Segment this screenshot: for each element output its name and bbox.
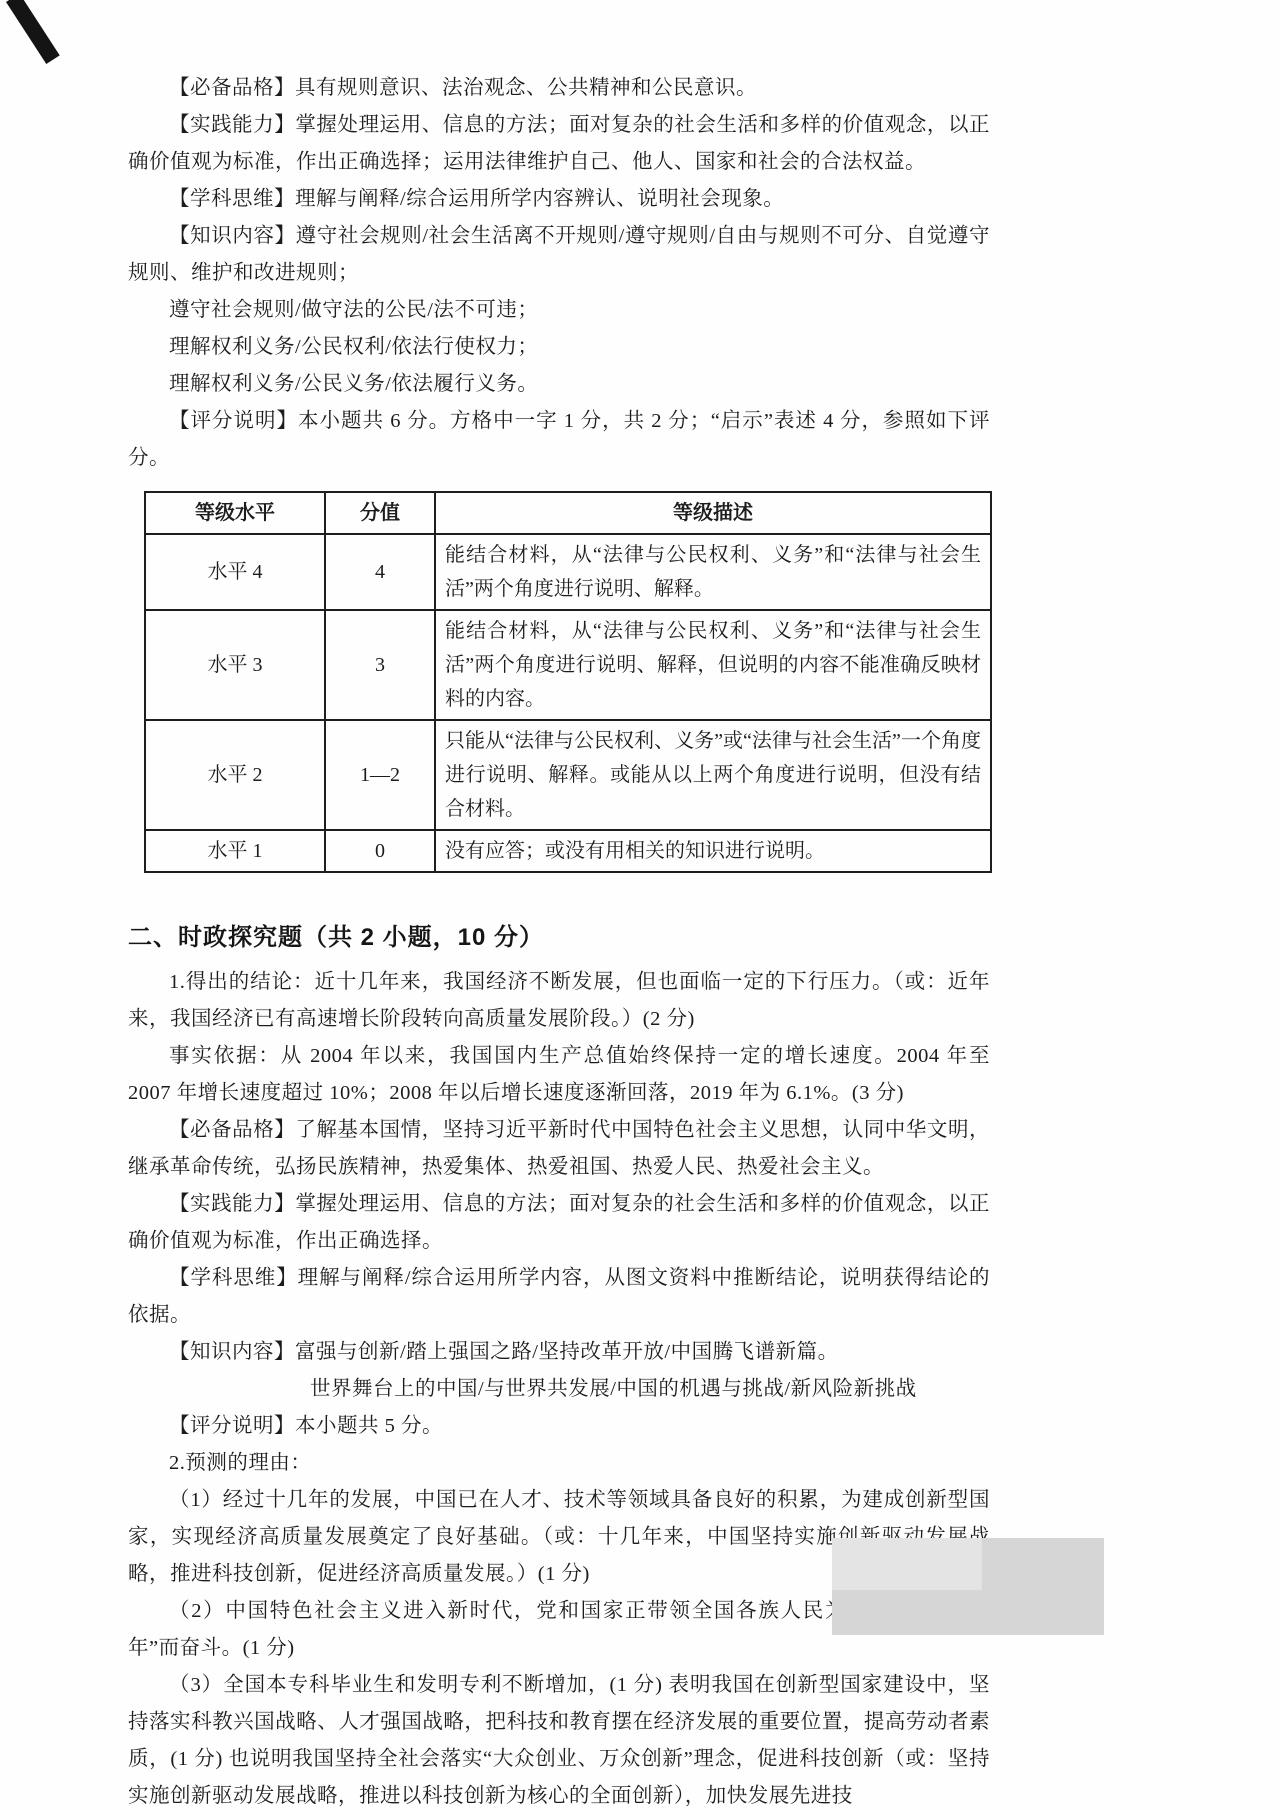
paragraph-practical-ability-2: 【实践能力】掌握处理运用、信息的方法；面对复杂的社会生活和多样的价值观念，以正确…: [128, 1186, 990, 1260]
table-row-level-1: 水平 1 0 没有应答；或没有用相关的知识进行说明。: [145, 830, 991, 872]
paragraph-practical-ability: 【实践能力】掌握处理运用、信息的方法；面对复杂的社会生活和多样的价值观念，以正确…: [128, 107, 990, 181]
paragraph-knowledge-line-3: 理解权利义务/公民权利/依法行使权力；: [128, 329, 990, 366]
paragraph-required-character: 【必备品格】具有规则意识、法治观念、公共精神和公民意识。: [128, 70, 990, 107]
cell-level: 水平 3: [145, 610, 325, 720]
paragraph-knowledge-content-2-line-2: 世界舞台上的中国/与世界共发展/中国的机遇与挑战/新风险新挑战: [128, 1371, 990, 1408]
paragraph-knowledge-line-2: 遵守社会规则/做守法的公民/法不可违；: [128, 292, 990, 329]
paragraph-factual-basis: 事实依据：从 2004 年以来，我国国内生产总值始终保持一定的增长速度。2004…: [128, 1038, 990, 1112]
paragraph-knowledge-content-2: 【知识内容】富强与创新/踏上强国之路/坚持改革开放/中国腾飞谱新篇。: [128, 1334, 990, 1371]
paragraph-reason-3: （3）全国本专科毕业生和发明专利不断增加，(1 分) 表明我国在创新型国家建设中…: [128, 1667, 990, 1810]
cell-score: 3: [325, 610, 435, 720]
table-header-score: 分值: [325, 492, 435, 534]
cell-score: 0: [325, 830, 435, 872]
section-heading-current-politics: 二、时政探究题（共 2 小题，10 分）: [128, 917, 990, 952]
cell-description: 能结合材料，从“法律与公民权利、义务”和“法律与社会生活”两个角度进行说明、解释…: [435, 534, 991, 610]
table-header-row: 等级水平 分值 等级描述: [145, 492, 991, 534]
paragraph-prediction-reasons: 2.预测的理由：: [128, 1445, 990, 1482]
rubric-table-body: 水平 4 4 能结合材料，从“法律与公民权利、义务”和“法律与社会生活”两个角度…: [145, 534, 991, 872]
cell-level: 水平 2: [145, 720, 325, 830]
cell-level: 水平 4: [145, 534, 325, 610]
table-header-level: 等级水平: [145, 492, 325, 534]
paragraph-conclusion: 1.得出的结论：近十几年来，我国经济不断发展，但也面临一定的下行压力。（或：近年…: [128, 964, 990, 1038]
paragraph-knowledge-content: 【知识内容】遵守社会规则/社会生活离不开规则/遵守规则/自由与规则不可分、自觉遵…: [128, 218, 990, 292]
scan-artifact-block: [832, 1538, 1104, 1635]
cell-score: 1—2: [325, 720, 435, 830]
table-header-description: 等级描述: [435, 492, 991, 534]
paragraph-subject-thinking-2: 【学科思维】理解与阐释/综合运用所学内容，从图文资料中推断结论，说明获得结论的依…: [128, 1260, 990, 1334]
scan-corner-mark: [6, 0, 60, 64]
rubric-table: 等级水平 分值 等级描述 水平 4 4 能结合材料，从“法律与公民权利、义务”和…: [144, 491, 992, 873]
document-page: 【必备品格】具有规则意识、法治观念、公共精神和公民意识。 【实践能力】掌握处理运…: [0, 0, 1280, 1810]
table-row-level-4: 水平 4 4 能结合材料，从“法律与公民权利、义务”和“法律与社会生活”两个角度…: [145, 534, 991, 610]
cell-description: 没有应答；或没有用相关的知识进行说明。: [435, 830, 991, 872]
paragraph-scoring-note-2: 【评分说明】本小题共 5 分。: [128, 1408, 990, 1445]
paragraph-subject-thinking: 【学科思维】理解与阐释/综合运用所学内容辨认、说明社会现象。: [128, 181, 990, 218]
cell-level: 水平 1: [145, 830, 325, 872]
paragraph-knowledge-line-4: 理解权利义务/公民义务/依法履行义务。: [128, 366, 990, 403]
table-row-level-3: 水平 3 3 能结合材料，从“法律与公民权利、义务”和“法律与社会生活”两个角度…: [145, 610, 991, 720]
paragraph-required-character-2: 【必备品格】了解基本国情，坚持习近平新时代中国特色社会主义思想，认同中华文明，继…: [128, 1112, 990, 1186]
cell-description: 只能从“法律与公民权利、义务”或“法律与社会生活”一个角度进行说明、解释。或能从…: [435, 720, 991, 830]
scan-artifact-inner: [832, 1538, 982, 1590]
cell-score: 4: [325, 534, 435, 610]
paragraph-scoring-note-1: 【评分说明】本小题共 6 分。方格中一字 1 分，共 2 分；“启示”表述 4 …: [128, 403, 990, 477]
cell-description: 能结合材料，从“法律与公民权利、义务”和“法律与社会生活”两个角度进行说明、解释…: [435, 610, 991, 720]
rubric-table-head: 等级水平 分值 等级描述: [145, 492, 991, 534]
table-row-level-2: 水平 2 1—2 只能从“法律与公民权利、义务”或“法律与社会生活”一个角度进行…: [145, 720, 991, 830]
